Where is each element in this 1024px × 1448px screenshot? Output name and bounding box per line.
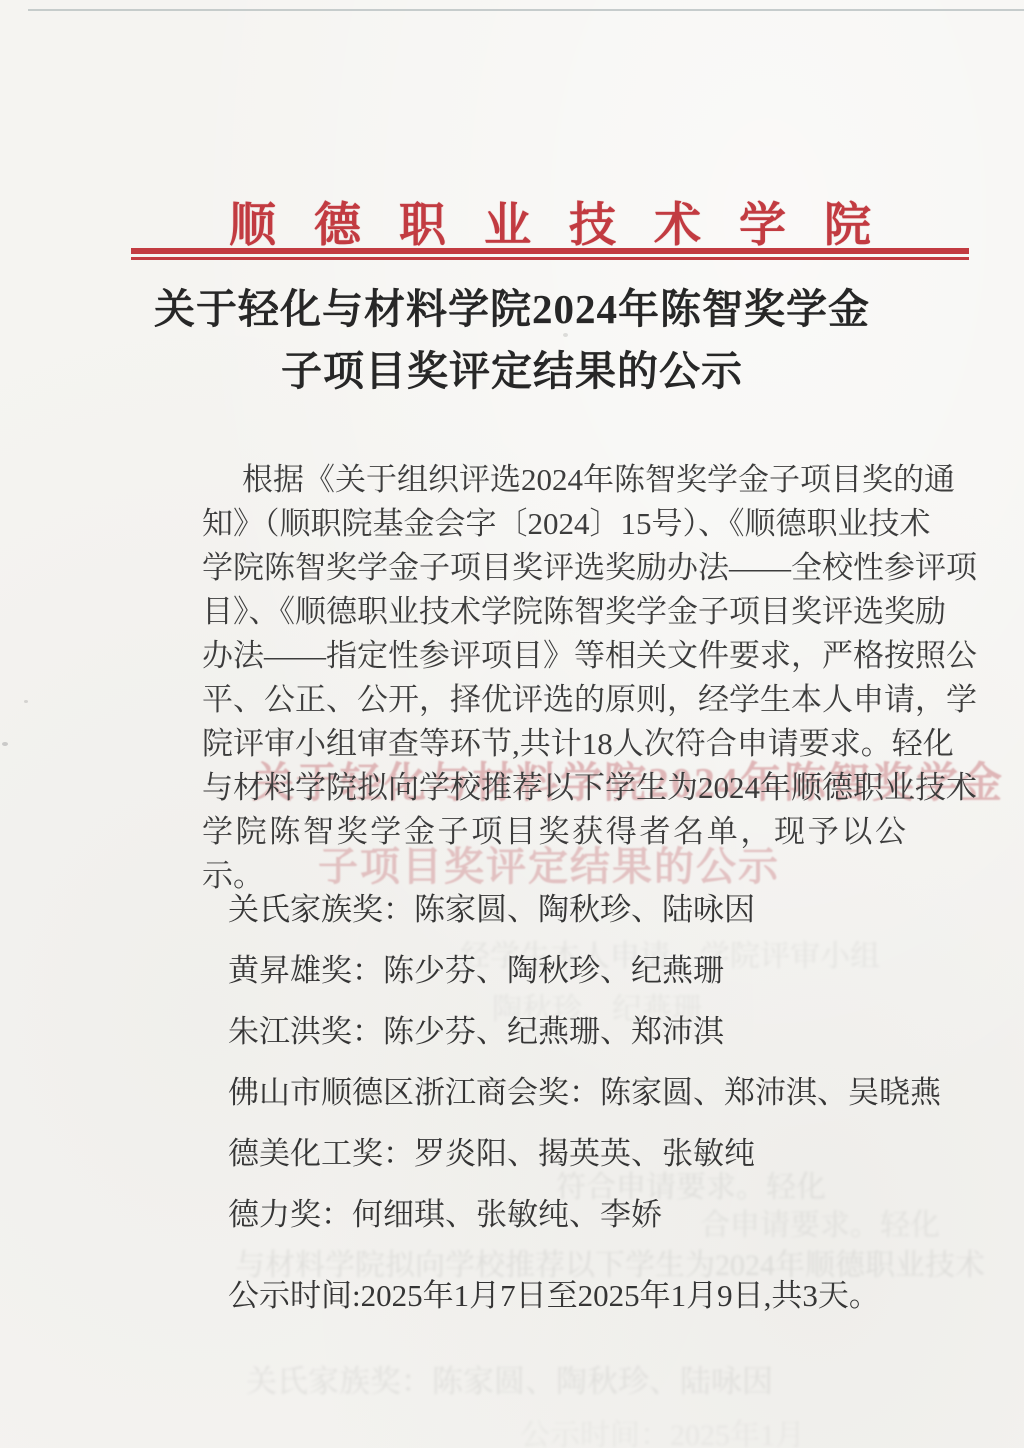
body-line: 办法——指定性参评项目》等相关文件要求，严格按照公 <box>202 634 906 678</box>
body-line: 与材料学院拟向学校推荐以下学生为2024年顺德职业技术 <box>202 766 906 810</box>
bleed-through-gray-line6: 关氏家族奖：陈家圆、陶秋珍、陆咏因 <box>246 1356 773 1401</box>
body-line: 平、公正、公开，择优评选的原则，经学生本人申请，学 <box>202 678 906 722</box>
body-line: 学院陈智奖学金子项目奖评选奖励办法——全校性参评项 <box>202 546 906 590</box>
award-line-huangshengxiong: 黄昇雄奖：陈少芬、陶秋珍、纪燕珊 <box>228 955 948 987</box>
bleed-through-gray-line7: 公示时间：2025年1月 <box>520 1410 805 1448</box>
document-title: 关于轻化与材料学院2024年陈智奖学金 子项目奖评定结果的公示 <box>0 278 1024 402</box>
document-title-line1: 关于轻化与材料学院2024年陈智奖学金 <box>0 278 1024 340</box>
body-line: 知》（顺职院基金会字〔2024〕15号）、《顺德职业技术 <box>202 502 906 546</box>
body-line: 目》、《顺德职业技术学院陈智奖学金子项目奖评选奖励 <box>202 590 906 634</box>
scanned-document-page: 顺德职业技术学院 关于轻化与材料学院2024年陈智奖学金 子项目奖评定结果的公示… <box>0 0 1024 1448</box>
scan-artifact-top-line <box>28 9 1024 11</box>
body-line: 院评审小组审查等环节,共计18人次符合申请要求。轻化 <box>202 722 906 766</box>
publicity-period-line: 公示时间:2025年1月7日至2025年1月9日,共3天。 <box>228 1270 880 1315</box>
award-line-deli: 德力奖：何细琪、张敏纯、李娇 <box>228 1199 948 1231</box>
award-line-zhujianghong: 朱江洪奖：陈少芬、纪燕珊、郑沛淇 <box>228 1016 948 1048</box>
body-line: 学院陈智奖学金子项目奖获得者名单，现予以公示。 <box>202 810 906 898</box>
letterhead-school-name: 顺德职业技术学院 <box>131 188 969 255</box>
scan-speck <box>24 700 28 703</box>
letterhead-double-rule <box>131 248 969 260</box>
scan-speck <box>2 742 8 746</box>
body-line: 根据《关于组织评选2024年陈智奖学金子项目奖的通 <box>202 458 906 502</box>
body-paragraph: 根据《关于组织评选2024年陈智奖学金子项目奖的通 知》（顺职院基金会字〔202… <box>202 458 906 898</box>
award-list: 关氏家族奖：陈家圆、陶秋珍、陆咏因 黄昇雄奖：陈少芬、陶秋珍、纪燕珊 朱江洪奖：… <box>228 894 948 1260</box>
award-line-zhejiang-chamber: 佛山市顺德区浙江商会奖：陈家圆、郑沛淇、吴晓燕 <box>228 1077 948 1109</box>
award-line-demei-chemical: 德美化工奖：罗炎阳、揭英英、张敏纯 <box>228 1138 948 1170</box>
document-title-line2: 子项目奖评定结果的公示 <box>0 340 1024 402</box>
scan-speck <box>563 333 568 337</box>
award-line-guanshi: 关氏家族奖：陈家圆、陶秋珍、陆咏因 <box>228 894 948 926</box>
